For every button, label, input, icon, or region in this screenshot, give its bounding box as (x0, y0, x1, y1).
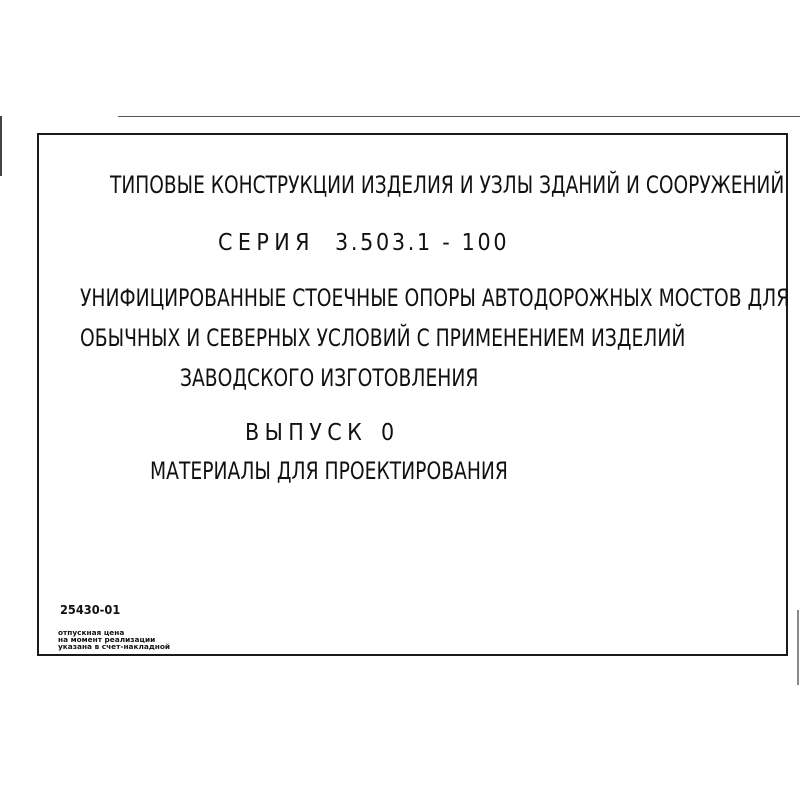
description-line-2: ОБЫЧНЫХ И СЕВЕРНЫХ УСЛОВИЙ С ПРИМЕНЕНИЕМ… (80, 326, 685, 350)
price-note-line-3: указана в счет-накладной (58, 644, 170, 651)
top-rule-line (118, 116, 800, 117)
price-note: отпускная цена на момент реализации указ… (58, 630, 170, 651)
description-line-1: УНИФИЦИРОВАННЫЕ СТОЕЧНЫЕ ОПОРЫ АВТОДОРОЖ… (80, 286, 789, 310)
subtitle-design-materials: МАТЕРИАЛЫ ДЛЯ ПРОЕКТИРОВАНИЯ (150, 459, 508, 483)
scan-left-edge-line (0, 116, 2, 176)
title-sheet-frame (37, 133, 788, 656)
issue-label: ВЫПУСК (245, 421, 367, 445)
issue-number: 0 (381, 421, 394, 445)
scan-right-edge-line (797, 610, 799, 685)
catalog-code: 25430-01 (60, 604, 120, 616)
heading-typical-constructions: ТИПОВЫЕ КОНСТРУКЦИИ ИЗДЕЛИЯ И УЗЛЫ ЗДАНИ… (110, 173, 784, 197)
series-label: СЕРИЯ (218, 231, 315, 255)
series-number: 3.503.1 - 100 (335, 231, 509, 255)
description-line-3: ЗАВОДСКОГО ИЗГОТОВЛЕНИЯ (180, 366, 478, 390)
